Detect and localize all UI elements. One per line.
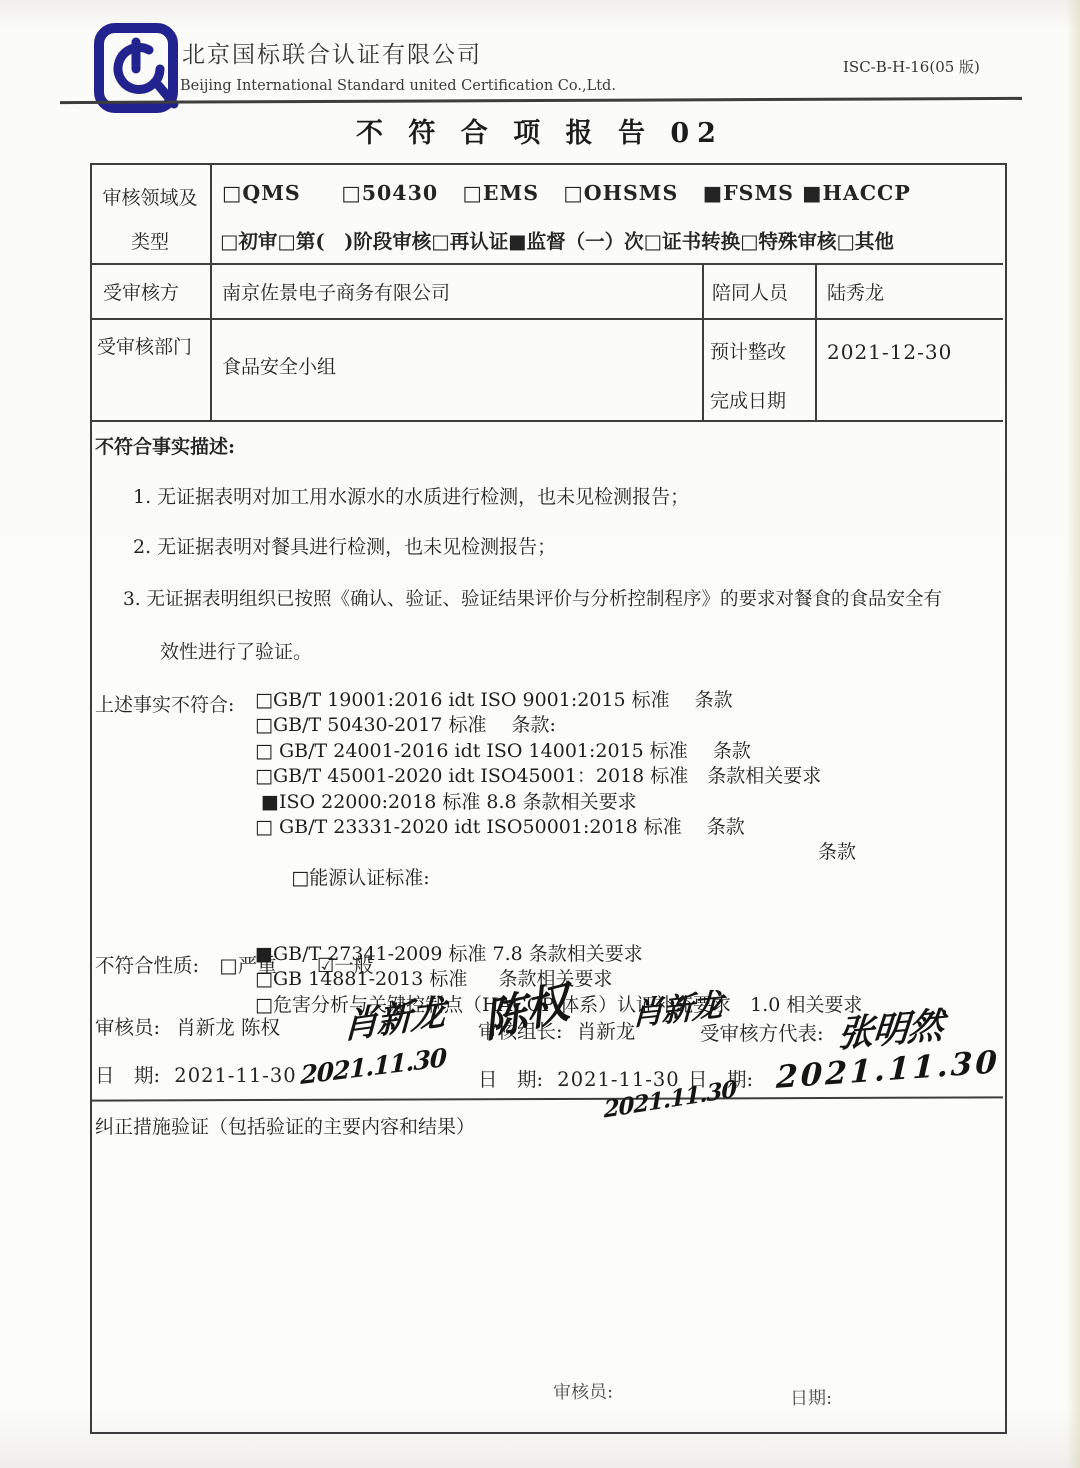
standard-item-energy: □能源认证标准: 条款 <box>255 840 862 942</box>
standard-item: □GB/T 45001-2020 idt ISO45001：2018 标准 条款… <box>255 764 862 789</box>
lead-auditor-signature-handwriting: 肖新龙 <box>631 979 722 1034</box>
finding-item-1: 1. 无证据表明对加工用水源水的水质进行检测，也未见检测报告； <box>133 482 689 509</box>
date-line-left: 日 期: 2021-11-30 <box>95 1060 297 1088</box>
standard-item: □ GB/T 24001-2016 idt ISO 14001:2015 标准 … <box>255 739 862 764</box>
department-value: 食品安全小组 <box>222 352 336 379</box>
finding-item-3-line1: 3. 无证据表明组织已按照《确认、验证、验证结果评价与分析控制程序》的要求对餐食… <box>123 585 942 611</box>
audit-scope-checkbox-line: □QMS □50430 □EMS □OHSMS ■FSMS ■HACCP <box>222 181 911 205</box>
escort-label: 陪同人员 <box>712 278 788 305</box>
standard-item: □GB/T 19001:2016 idt ISO 9001:2015 标准 条款 <box>255 688 862 713</box>
due-date-value: 2021-12-30 <box>827 340 952 364</box>
lead-auditor-name: 肖新龙 <box>577 1020 636 1043</box>
finding-item-2: 2. 无证据表明对餐具进行检测，也未见检测报告； <box>133 532 556 559</box>
col-divider-3 <box>815 263 817 420</box>
standard-item-energy-label: □能源认证标准: <box>291 867 429 889</box>
corrective-heading: 纠正措施验证（包括验证的主要内容和结果） <box>95 1112 475 1139</box>
col-divider-2 <box>702 263 704 420</box>
auditee-label: 受审核方 <box>103 278 179 305</box>
row-divider-2 <box>90 318 1003 320</box>
standard-item-energy-clause: 条款 <box>818 840 856 865</box>
findings-heading: 不符合事实描述: <box>95 432 235 459</box>
escort-value: 陆秀龙 <box>827 278 884 305</box>
col-divider-1 <box>210 163 212 420</box>
audit-field-label-line1: 审核领域及 <box>90 183 210 210</box>
due-date-label-line1: 预计整改 <box>710 337 786 364</box>
nature-row: 不符合性质: □严重 ☑一般 <box>95 950 373 978</box>
company-name-en: Beijing International Standard united Ce… <box>180 78 616 94</box>
nature-label: 不符合性质: <box>95 954 199 977</box>
department-label: 受审核部门 <box>97 332 192 359</box>
row-divider-3 <box>90 420 1003 422</box>
date-label: 日 期: <box>478 1068 543 1091</box>
date-line-mid: 日 期: 2021-11-30 <box>478 1064 680 1092</box>
audit-type-checkbox-line: □初审□第( )阶段审核□再认证■监督（一）次□证书转换□特殊审核□其他 <box>220 226 894 254</box>
auditor-label: 审核员: <box>95 1016 160 1039</box>
corrective-date-label: 日期: <box>790 1384 832 1411</box>
company-name-cn: 北京国标联合认证有限公司 <box>182 36 482 69</box>
auditee-value: 南京佐景电子商务有限公司 <box>222 278 450 305</box>
auditor-signature-line: 审核员: 肖新龙 陈权 <box>95 1012 280 1040</box>
audit-field-label-line2: 类型 <box>90 227 210 254</box>
standard-item: ■ISO 22000:2018 标准 8.8 条款相关要求 <box>255 790 862 815</box>
date-value-left: 2021-11-30 <box>174 1064 296 1087</box>
row-divider-1 <box>90 263 1003 265</box>
finding-item-3-line2: 效性进行了验证。 <box>160 637 312 664</box>
auditor-names: 肖新龙 陈权 <box>176 1016 280 1039</box>
scanned-nonconformity-report: 北京国标联合认证有限公司 Beijing International Stand… <box>0 0 1080 1468</box>
date-label: 日 期: <box>95 1064 160 1087</box>
standard-item: □GB/T 50430-2017 标准 条款: <box>255 713 862 738</box>
header-divider <box>60 97 1022 104</box>
standard-item: □ GB/T 23331-2020 idt ISO50001:2018 标准 条… <box>255 815 862 840</box>
corrective-auditor-label: 审核员: <box>553 1378 613 1405</box>
standards-lead: 上述事实不符合: <box>95 690 234 717</box>
page-edge-shadow <box>1066 0 1080 1468</box>
due-date-label-line2: 完成日期 <box>710 386 786 413</box>
form-code: ISC-B-H-16(05 版) <box>843 56 980 77</box>
nature-severe-checkbox: □严重 <box>219 954 276 977</box>
report-title: 不 符 合 项 报 告 02 <box>0 111 1080 150</box>
nature-general-checkbox: ☑一般 <box>317 954 373 977</box>
